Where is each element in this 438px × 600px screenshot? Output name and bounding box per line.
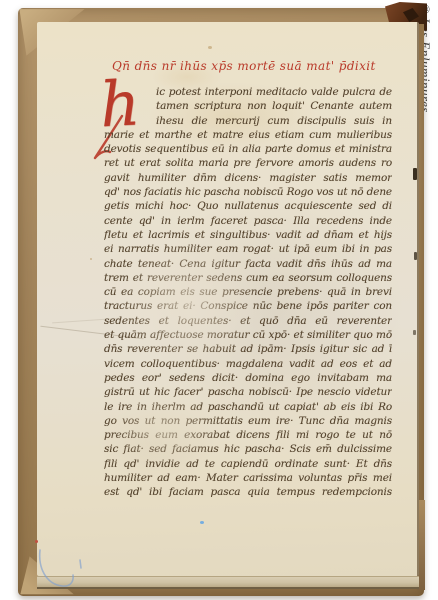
manuscript-line: precibus eum exorabat dicens fili mi rog…	[104, 428, 392, 442]
page-edge-speck	[414, 252, 417, 260]
manuscript-line: ret ut erat solita maria pre fervore amo…	[104, 156, 392, 170]
manuscript-line: fletu et lacrimis et singultibus· vadit …	[104, 228, 392, 242]
manuscript-line: vicem colloquentibus· magdalena vadit ad…	[104, 357, 392, 371]
manuscript-line: humiliter ad eam· Mater carissima volunt…	[104, 471, 392, 485]
manuscript-line: et quām affectuose moratur cū xpō· et si…	[104, 328, 392, 342]
manuscript-line: dn̄s reverenter se habuit ad ipām· Ipsis…	[104, 342, 392, 356]
manuscript-line: chate teneat· Cena igitur facta vadit dn…	[104, 257, 392, 271]
manuscript-line: gavit humiliter dn̄m dicens· magister sa…	[104, 171, 392, 185]
red-ink-speck	[35, 540, 38, 543]
page-edge-speck	[413, 168, 417, 180]
rubric-title: Qn̄ dn̄s nr̄ ihūs xp̄s mortē suā mat' p̄…	[112, 59, 352, 73]
page-edge-speck	[413, 330, 416, 335]
manuscript-line: gistrū ut hic facer' pascha nobiscū· Ipe…	[104, 385, 392, 399]
manuscript-line: marie et marthe et matre eius etiam cum …	[104, 128, 392, 142]
manuscript-line: trem et reverenter sedens cum ea seorsum…	[104, 271, 392, 285]
manuscript-line: ic potest interponi meditacio valde pulc…	[156, 85, 392, 99]
foxing-spot	[208, 46, 212, 49]
manuscript-line: pedes eor' sedens dicit· domina ego invi…	[104, 371, 392, 385]
manuscript-line: ihesu die mercurij cum discipulis suis i…	[156, 114, 392, 128]
manuscript-line: sedentes et loquentes· et quō dn̄a eū re…	[104, 314, 392, 328]
manuscript-line: cū ea copiam eis sue presencie prebens· …	[104, 285, 392, 299]
manuscript-photo: © Les Enluminures Qn̄ dn̄s nr̄ ihūs xp̄s…	[0, 0, 438, 600]
blue-ink-speck	[200, 521, 204, 524]
manuscript-line: getis michi hoc· Quo nullatenus acquiesc…	[104, 199, 392, 213]
manuscript-line: fili qd' invidie ad te capiendū ordinate…	[104, 457, 392, 471]
manuscript-line: le ire in iherlm ad paschandū ut capiat'…	[104, 400, 392, 414]
manuscript-line: est qd' ibi faciam pasca quia tempus red…	[104, 485, 392, 499]
manuscript-line: sic fiat· sed faciamus hic pascha· Scis …	[104, 442, 392, 456]
manuscript-line: tracturus erat ei· Conspice nūc bene ipō…	[104, 299, 392, 313]
manuscript-line: cente qd' in ierlm faceret pasca· Illa r…	[104, 214, 392, 228]
manuscript-line: tamen scriptura non loquit' Cenante aute…	[156, 99, 392, 113]
manuscript-line: qd' nos faciatis hic pascha nobiscū Rogo…	[104, 185, 392, 199]
blue-pen-mark	[36, 542, 96, 592]
manuscript-line: go vos ut non permittatis eum ire· Tunc …	[104, 414, 392, 428]
manuscript-text-block: ic potest interponi meditacio valde pulc…	[104, 85, 392, 500]
manuscript-line: ei narratis humiliter eam rogat· ut ipā …	[104, 242, 392, 256]
manuscript-line: devotis sequentibus eū in alia parte dom…	[104, 142, 392, 156]
foxing-spot	[90, 258, 92, 260]
